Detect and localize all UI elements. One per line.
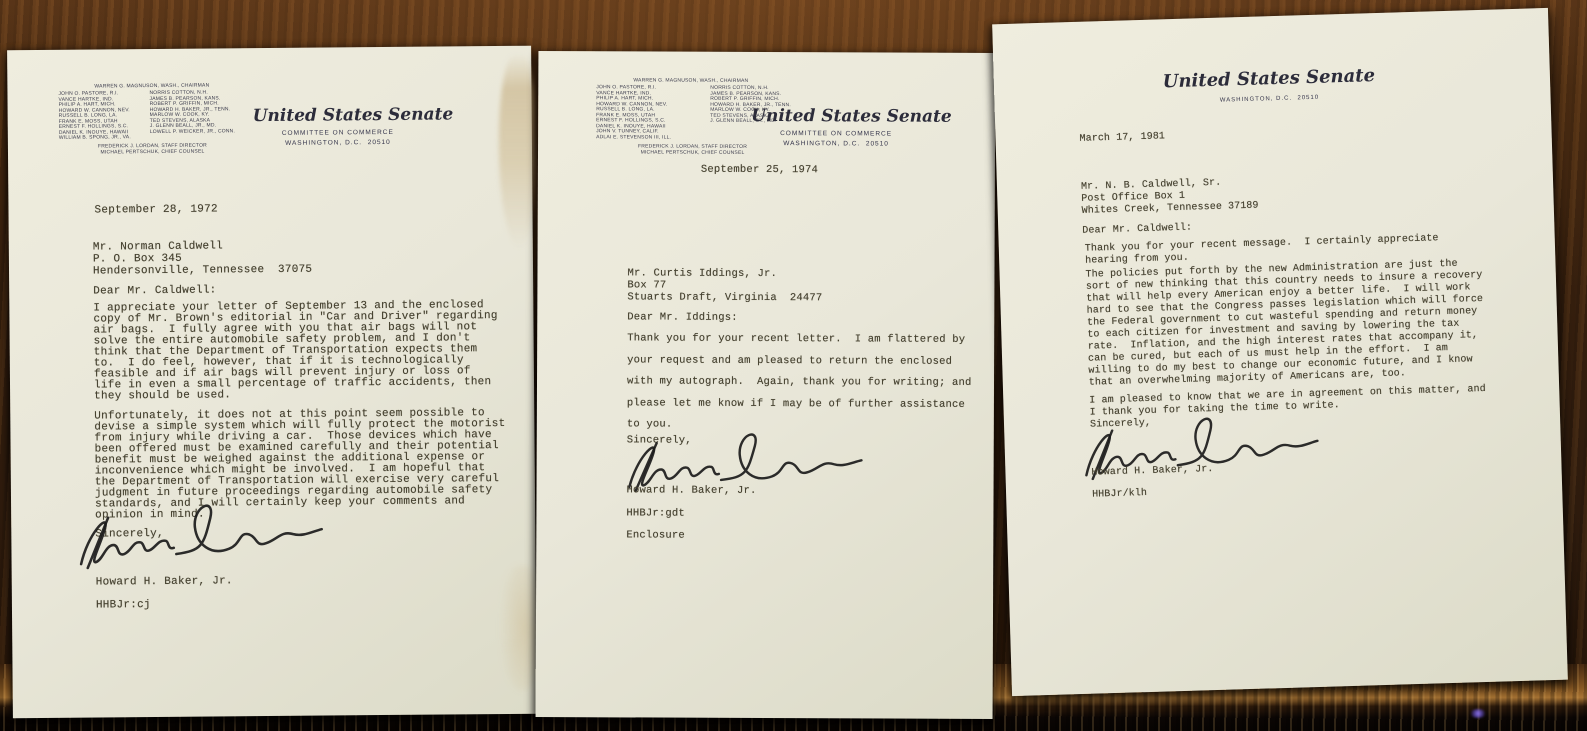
letter-date: March 17, 1981	[1079, 131, 1165, 146]
letter-page-1974: WARREN G. MAGNUSON, WASH., CHAIRMAN JOHN…	[536, 51, 996, 719]
typed-signature-name: Howard H. Baker, Jr.	[96, 576, 233, 588]
letterhead-city: WASHINGTON, D.C. 20510	[253, 139, 423, 147]
letter-date: September 25, 1974	[701, 164, 818, 177]
letter-page-1981: United States Senate WASHINGTON, D.C. 20…	[992, 8, 1568, 696]
typed-signature-name: Howard H. Baker, Jr.	[627, 484, 757, 497]
letter-page-1972: WARREN G. MAGNUSON, WASH., CHAIRMAN JOHN…	[7, 46, 537, 719]
typist-reference: HHBJr:gdt	[626, 507, 685, 519]
light-reflection	[1470, 709, 1486, 718]
letterhead-members-left: JOHN O. PASTORE, R.I. VANCE HARTKE, IND.…	[58, 91, 131, 141]
letterhead-city: WASHINGTON, D.C. 20510	[751, 140, 921, 148]
recipient-address: Mr. Norman Caldwell P. O. Box 345 Hender…	[93, 240, 313, 278]
letterhead-committee: COMMITTEE ON COMMERCE	[751, 130, 921, 138]
recipient-address: Mr. N. B. Caldwell, Sr. Post Office Box …	[1081, 177, 1259, 218]
letterhead-city: WASHINGTON, D.C. 20510	[1149, 93, 1389, 106]
letterhead-staff: FREDERICK J. LORDAN, STAFF DIRECTOR MICH…	[638, 144, 747, 155]
enclosure-note: Enclosure	[626, 529, 685, 541]
body-paragraph: I appreciate your letter of September 13…	[93, 300, 498, 403]
salutation: Dear Mr. Iddings:	[627, 311, 738, 323]
letterhead-members-right: NORRIS COTTON, N.H. JAMES B. PEARSON, KA…	[149, 90, 235, 135]
typist-reference: HHBJr/klh	[1092, 488, 1147, 502]
salutation: Dear Mr. Caldwell:	[1082, 223, 1192, 238]
senate-letterhead-title: United States Senate	[253, 105, 423, 126]
letterhead-members-left: JOHN O. PASTORE, R.I. VANCE HARTKE, IND.…	[596, 85, 671, 140]
letter-date: September 28, 1972	[94, 203, 217, 216]
howard-baker-signature	[72, 496, 331, 579]
body-paragraph: Thank you for your recent letter. I am f…	[627, 328, 972, 437]
salutation: Dear Mr. Caldwell:	[93, 284, 216, 297]
body-paragraph: The policies put forth by the new Admini…	[1085, 258, 1485, 390]
typist-reference: HHBJr:cj	[96, 600, 151, 611]
senate-letterhead-title: United States Senate	[751, 106, 921, 127]
senate-letterhead-title: United States Senate	[1149, 65, 1390, 93]
recipient-address: Mr. Curtis Iddings, Jr. Box 77 Stuarts D…	[627, 267, 822, 304]
letterhead-staff: FREDERICK J. LORDAN, STAFF DIRECTOR MICH…	[98, 144, 207, 156]
water-stain	[498, 54, 536, 249]
letterhead-committee: COMMITTEE ON COMMERCE	[253, 129, 423, 137]
